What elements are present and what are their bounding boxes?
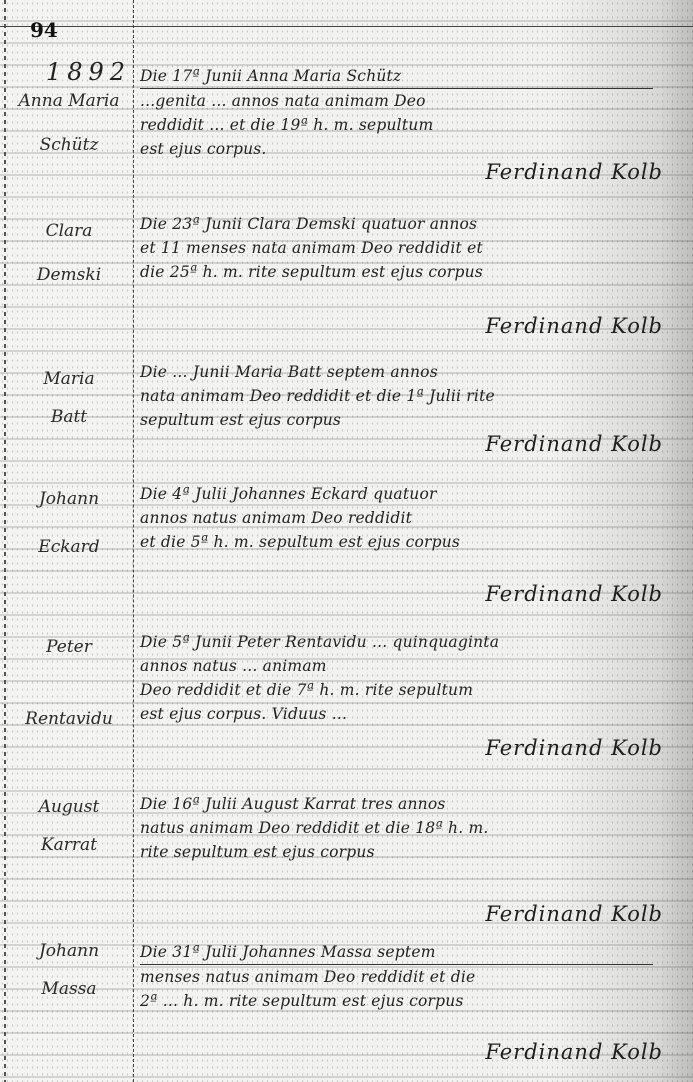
entry-line: Die 23ª Junii Clara Demski quatuor annos (140, 212, 653, 236)
entry-text: Die 16ª Julii August Karrat tres annos n… (140, 792, 653, 864)
entry-line: Die 31ª Julii Johannes Massa septem (140, 940, 653, 965)
margin-surname: Karrat (10, 828, 128, 862)
margin-forename: Peter (10, 630, 128, 664)
binding-edge (4, 0, 6, 1082)
entry-text: Die 23ª Junii Clara Demski quatuor annos… (140, 212, 653, 284)
entry-line: annos natus animam Deo reddidit (140, 506, 653, 530)
margin-forename: Johann (10, 934, 128, 968)
entry-line: et 11 menses nata animam Deo reddidit et (140, 236, 653, 260)
entry-line: reddidit ... et die 19ª h. m. sepultum (140, 113, 653, 137)
entry-line: Deo reddidit et die 7ª h. m. rite sepult… (140, 678, 653, 702)
entry-line: menses natus animam Deo reddidit et die (140, 965, 653, 989)
priest-signature: Ferdinand Kolb (485, 1040, 663, 1064)
margin-surname: Rentavidu (10, 702, 128, 736)
priest-signature: Ferdinand Kolb (485, 432, 663, 456)
top-rule (0, 26, 693, 27)
entry-text: Die 17ª Junii Anna Maria Schütz ...genit… (140, 64, 653, 161)
entry-text: Die 5ª Junii Peter Rentavidu ... quinqua… (140, 630, 653, 726)
entry-line: est ejus corpus. Viduus ... (140, 702, 653, 726)
entry-line: Die 17ª Junii Anna Maria Schütz (140, 64, 653, 89)
margin-forename: August (10, 790, 128, 824)
entry-line: die 25ª h. m. rite sepultum est ejus cor… (140, 260, 653, 284)
year-heading: 1892 (46, 58, 131, 86)
register-page: 94 1892 Anna Maria Schütz Die 17ª Junii … (0, 0, 693, 1082)
entry-line: est ejus corpus. (140, 137, 653, 161)
margin-forename: Johann (10, 482, 128, 516)
entry-text: Die 31ª Julii Johannes Massa septem mens… (140, 940, 653, 1013)
margin-surname: Massa (10, 972, 128, 1006)
margin-surname: Schütz (10, 128, 128, 162)
margin-surname: Batt (10, 400, 128, 434)
entry-line: Die ... Junii Maria Batt septem annos (140, 360, 653, 384)
priest-signature: Ferdinand Kolb (485, 314, 663, 338)
entry-text: Die ... Junii Maria Batt septem annos na… (140, 360, 653, 432)
margin-forename: Clara (10, 214, 128, 248)
entry-line: natus animam Deo reddidit et die 18ª h. … (140, 816, 653, 840)
entry-line: nata animam Deo reddidit et die 1ª Julii… (140, 384, 653, 408)
entry-line: Die 16ª Julii August Karrat tres annos (140, 792, 653, 816)
margin-forename: Maria (10, 362, 128, 396)
entry-line: Die 4ª Julii Johannes Eckard quatuor (140, 482, 653, 506)
priest-signature: Ferdinand Kolb (485, 902, 663, 926)
entry-line: sepultum est ejus corpus (140, 408, 653, 432)
page-number: 94 (30, 18, 58, 42)
priest-signature: Ferdinand Kolb (485, 736, 663, 760)
entry-line: et die 5ª h. m. sepultum est ejus corpus (140, 530, 653, 554)
priest-signature: Ferdinand Kolb (485, 582, 663, 606)
priest-signature: Ferdinand Kolb (485, 160, 663, 184)
entry-line: annos natus ... animam (140, 654, 653, 678)
entry-line: 2ª ... h. m. rite sepultum est ejus corp… (140, 989, 653, 1013)
margin-forename: Anna Maria (10, 84, 128, 118)
margin-rule (133, 0, 135, 1082)
entry-text: Die 4ª Julii Johannes Eckard quatuor ann… (140, 482, 653, 554)
margin-surname: Demski (10, 258, 128, 292)
margin-surname: Eckard (10, 530, 128, 564)
entry-line: rite sepultum est ejus corpus (140, 840, 653, 864)
entry-line: ...genita ... annos nata animam Deo (140, 89, 653, 113)
entry-line: Die 5ª Junii Peter Rentavidu ... quinqua… (140, 630, 653, 654)
